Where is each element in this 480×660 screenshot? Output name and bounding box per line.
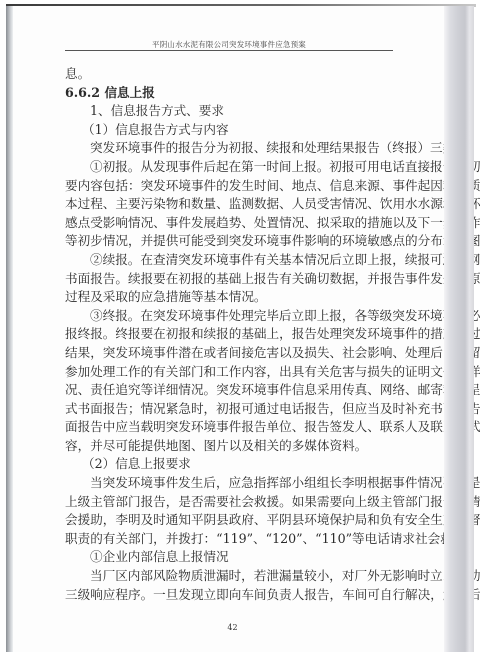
running-header: 平阴山水水泥有限公司突发环境事件应急预案	[65, 39, 393, 50]
text-line: 三级响应程序。一旦发现立即向车间负责人报告，车间可自行解决，解决后向应	[65, 586, 395, 605]
text-line: 容，并尽可能提供地图、图片以及相关的多媒体资料。	[65, 437, 395, 456]
text-line: 况、责任追究等详细情况。突发环境事件信息采用传真、网络、邮寄和面呈等方	[65, 381, 395, 400]
text-line: 息。	[65, 65, 395, 84]
text-line: 上级主管部门报告，是否需要社会救援。如果需要向上级主管部门报告，请求社	[65, 493, 395, 512]
text-line: 职责的有关部门，并拨打：“119”、“120”、“110”等电话请求社会救援。	[65, 530, 395, 549]
scan-right-edge	[444, 6, 474, 652]
document-body: 息。6.6.2 信息上报1、信息报告方式、要求（1）信息报告方式与内容突发环境事…	[65, 65, 395, 604]
document-page: 平阴山水水泥有限公司突发环境事件应急预案 息。6.6.2 信息上报1、信息报告方…	[13, 6, 444, 652]
text-line: 会援助，李明及时通知平阴县政府、平阴县环境保护局和负有安全生产监督管理	[65, 511, 395, 530]
text-line: 本过程、主要污染物和数量、监测数据、人员受害情况、饮用水水源地等环境敏	[65, 195, 395, 214]
text-line: 当厂区内部风险物质泄漏时，若泄漏量较小，对厂外无影响时立即启动厂区	[65, 567, 395, 586]
text-line: 报终报。终报要在初报和续报的基础上，报告处理突发环境事件的措施、过程和	[65, 325, 395, 344]
text-line: 面报告中应当载明突发环境事件报告单位、报告签发人、联系人及联系方式等内	[65, 418, 395, 437]
text-line: （1）信息报告方式与内容	[65, 121, 395, 140]
text-line: 等初步情况，并提供可能受到突发环境事件影响的环境敏感点的分布示意图。	[65, 232, 395, 251]
header-rule	[65, 50, 393, 51]
page-number: 42	[13, 623, 444, 632]
text-line: 过程及采取的应急措施等基本情况。	[65, 288, 395, 307]
text-line: （2）信息上报要求	[65, 455, 395, 474]
text-line: ①初报。从发现事件后起在第一时间上报。初报可用电话直接报告。初报主	[65, 158, 395, 177]
text-line: 突发环境事件的报告分为初报、续报和处理结果报告（终报）三类。	[65, 139, 395, 158]
text-line: 当突发环境事件发生后，应急指挥部小组组长李明根据事件情况决定是否向	[65, 474, 395, 493]
text-line: 式书面报告；情况紧急时，初报可通过电话报告，但应当及时补充书面报告。书	[65, 400, 395, 419]
text-line: 书面报告。续报要在初报的基础上报告有关确切数据，并报告事件发生的原因、	[65, 270, 395, 289]
section-heading: 6.6.2 信息上报	[65, 84, 395, 103]
text-line: ①企业内部信息上报情况	[65, 548, 395, 567]
text-line: 结果，突发环境事件潜在或者间接危害以及损失、社会影响、处理后的遗留问题、	[65, 344, 395, 363]
text-line: ②续报。在查清突发环境事件有关基本情况后立即上报，续报可通过网络或	[65, 251, 395, 270]
scan-left-edge	[6, 6, 13, 652]
text-line: 感点受影响情况、事件发展趋势、处置情况、拟采取的措施以及下一步工作建议	[65, 214, 395, 233]
text-line: 要内容包括：突发环境事件的发生时间、地点、信息来源、事件起因和性质、基	[65, 177, 395, 196]
text-line: 1、信息报告方式、要求	[65, 102, 395, 121]
text-line: ③终报。在突发环境事件处理完毕后立即上报，各等级突发环境事件必须上	[65, 307, 395, 326]
text-line: 参加处理工作的有关部门和工作内容，出具有关危害与损失的证明文件等详细情	[65, 363, 395, 382]
